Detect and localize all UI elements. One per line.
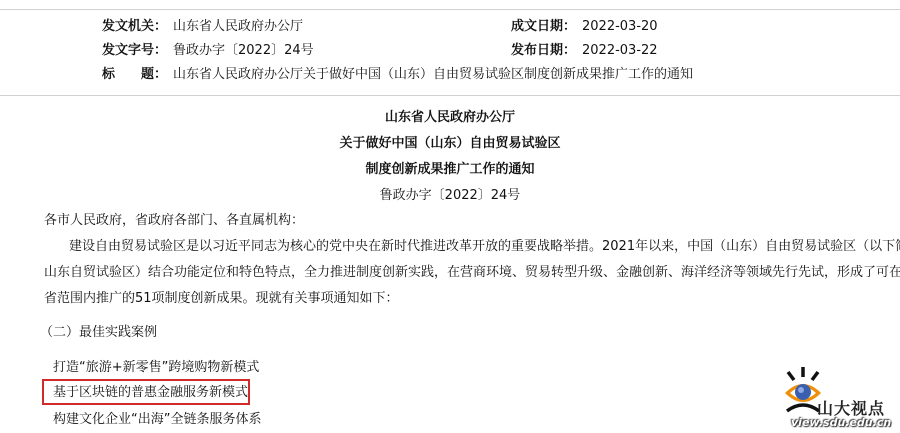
meta-publish-date: 发布日期：2022-03-22	[511, 43, 658, 59]
publish-date-value: 2022-03-22	[582, 43, 658, 58]
title-label: 标 题：	[102, 67, 167, 83]
written-date-label: 成文日期：	[511, 19, 576, 35]
doc-number-label: 发文字号：	[102, 43, 167, 59]
meta-issuer: 发文机关：山东省人民政府办公厅	[102, 19, 303, 35]
top-divider	[0, 9, 900, 10]
body-line-3: 省范围内推广的51项制度创新成果。现就有关事项通知如下：	[44, 291, 399, 307]
salutation: 各市人民政府，省政府各部门、各直属机构：	[44, 213, 304, 229]
doc-heading-line-2: 关于做好中国（山东）自由贸易试验区	[0, 136, 900, 152]
header-divider	[0, 95, 900, 96]
publish-date-label: 发布日期：	[511, 43, 576, 59]
doc-heading-line-3: 制度创新成果推广工作的通知	[0, 162, 900, 178]
section-heading: （二）最佳实践案例	[40, 325, 157, 341]
issuer-value: 山东省人民政府办公厅	[173, 19, 303, 34]
meta-doc-number: 发文字号：鲁政办字〔2022〕24号	[102, 43, 314, 59]
doc-heading-line-1: 山东省人民政府办公厅	[0, 110, 900, 126]
case-item: 打造“旅游+新零售”跨境购物新模式	[53, 360, 259, 376]
highlight-box	[42, 379, 250, 405]
body-line-1: 建设自由贸易试验区是以习近平同志为核心的党中央在新时代推进改革开放的重要战略举措…	[69, 239, 900, 255]
doc-number: 鲁政办字〔2022〕24号	[0, 188, 900, 204]
body-line-2: 山东自贸试验区）结合功能定位和特色特点，全力推进制度创新实践，在营商环境、贸易转…	[44, 265, 900, 281]
meta-title: 标 题：山东省人民政府办公厅关于做好中国（山东）自由贸易试验区制度创新成果推广工…	[102, 67, 693, 83]
title-value: 山东省人民政府办公厅关于做好中国（山东）自由贸易试验区制度创新成果推广工作的通知	[173, 67, 693, 82]
meta-written-date: 成文日期：2022-03-20	[511, 19, 658, 35]
issuer-label: 发文机关：	[102, 19, 167, 35]
written-date-value: 2022-03-20	[582, 19, 658, 34]
doc-number-value: 鲁政办字〔2022〕24号	[173, 43, 314, 58]
case-item: 构建文化企业“出海”全链条服务体系	[53, 412, 261, 428]
watermark-logo: 山大视点 view.sdu.edu.cn	[783, 365, 900, 433]
watermark-url: view.sdu.edu.cn	[791, 416, 891, 429]
